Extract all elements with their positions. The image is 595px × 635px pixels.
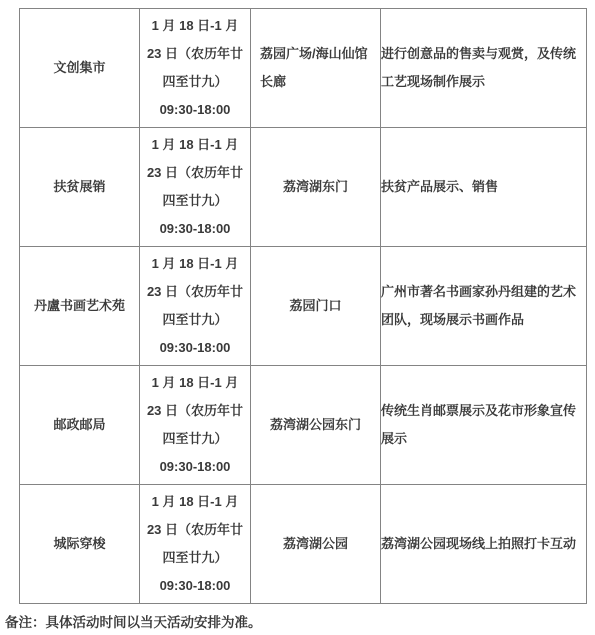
event-name-cell: 文创集市 bbox=[20, 9, 140, 128]
event-description-cell: 荔湾湖公园现场线上拍照打卡互动 bbox=[381, 485, 587, 604]
event-date-cell: 1 月 18 日-1 月 23 日（农历年廿 四至廿九） 09:30-18:00 bbox=[140, 9, 251, 128]
footer-note: 备注：具体活动时间以当天活动安排为准。 bbox=[5, 613, 262, 633]
table-row: 丹盧书画艺术苑 1 月 18 日-1 月 23 日（农历年廿 四至廿九） 09:… bbox=[20, 247, 587, 366]
event-date-cell: 1 月 18 日-1 月 23 日（农历年廿 四至廿九） 09:30-18:00 bbox=[140, 366, 251, 485]
event-description-cell: 广州市著名书画家孙丹组建的艺术 团队，现场展示书画作品 bbox=[381, 247, 587, 366]
event-date-cell: 1 月 18 日-1 月 23 日（农历年廿 四至廿九） 09:30-18:00 bbox=[140, 485, 251, 604]
event-description-cell: 传统生肖邮票展示及花市形象宣传 展示 bbox=[381, 366, 587, 485]
event-description-cell: 进行创意品的售卖与观赏，及传统 工艺现场制作展示 bbox=[381, 9, 587, 128]
table-row: 扶贫展销 1 月 18 日-1 月 23 日（农历年廿 四至廿九） 09:30-… bbox=[20, 128, 587, 247]
table-row: 城际穿梭 1 月 18 日-1 月 23 日（农历年廿 四至廿九） 09:30-… bbox=[20, 485, 587, 604]
page: 文创集市 1 月 18 日-1 月 23 日（农历年廿 四至廿九） 09:30-… bbox=[0, 0, 595, 635]
event-location-cell: 荔湾湖东门 bbox=[251, 128, 381, 247]
event-location-cell: 荔湾湖公园 bbox=[251, 485, 381, 604]
event-date-cell: 1 月 18 日-1 月 23 日（农历年廿 四至廿九） 09:30-18:00 bbox=[140, 128, 251, 247]
event-location-cell: 荔园广场/海山仙馆 长廊 bbox=[251, 9, 381, 128]
table-row: 文创集市 1 月 18 日-1 月 23 日（农历年廿 四至廿九） 09:30-… bbox=[20, 9, 587, 128]
event-date-cell: 1 月 18 日-1 月 23 日（农历年廿 四至廿九） 09:30-18:00 bbox=[140, 247, 251, 366]
event-name-cell: 城际穿梭 bbox=[20, 485, 140, 604]
events-table: 文创集市 1 月 18 日-1 月 23 日（农历年廿 四至廿九） 09:30-… bbox=[19, 8, 587, 604]
table-row: 邮政邮局 1 月 18 日-1 月 23 日（农历年廿 四至廿九） 09:30-… bbox=[20, 366, 587, 485]
event-location-cell: 荔湾湖公园东门 bbox=[251, 366, 381, 485]
event-name-cell: 扶贫展销 bbox=[20, 128, 140, 247]
event-location-cell: 荔园门口 bbox=[251, 247, 381, 366]
events-table-container: 文创集市 1 月 18 日-1 月 23 日（农历年廿 四至廿九） 09:30-… bbox=[19, 8, 587, 604]
event-name-cell: 邮政邮局 bbox=[20, 366, 140, 485]
event-description-cell: 扶贫产品展示、销售 bbox=[381, 128, 587, 247]
event-name-cell: 丹盧书画艺术苑 bbox=[20, 247, 140, 366]
